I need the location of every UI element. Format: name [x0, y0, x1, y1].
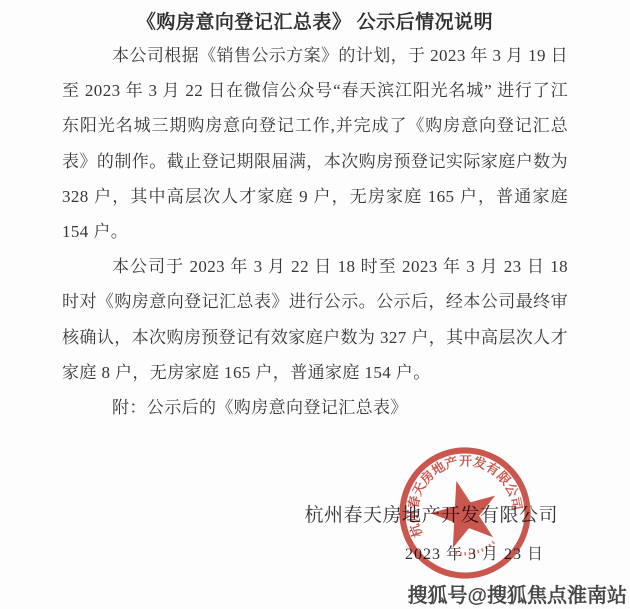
seal-star-icon	[424, 472, 506, 551]
paragraph-publicity-result: 本公司于 2023 年 3 月 22 日 18 时至 2023 年 3 月 23…	[62, 249, 568, 390]
watermark-souhu-badge: 搜狐号@搜狐焦点淮南站	[407, 579, 627, 608]
company-seal-stamp: 杭州春天房地产开发有限公司	[397, 445, 533, 581]
seal-graphic: 杭州春天房地产开发有限公司	[397, 445, 533, 581]
scanned-notice-page: 《购房意向登记汇总表》 公示后情况说明 本公司根据《销售公示方案》的计划，于 2…	[0, 0, 630, 609]
seal-serial-marks	[454, 542, 495, 558]
document-title: 《购房意向登记汇总表》 公示后情况说明	[0, 7, 630, 34]
attachment-note: 附：公示后的《购房意向登记汇总表》	[62, 390, 568, 425]
paragraph-registration-summary: 本公司根据《销售公示方案》的计划，于 2023 年 3 月 19 日至 2023…	[62, 38, 568, 249]
document-body: 本公司根据《销售公示方案》的计划，于 2023 年 3 月 19 日至 2023…	[62, 38, 568, 425]
